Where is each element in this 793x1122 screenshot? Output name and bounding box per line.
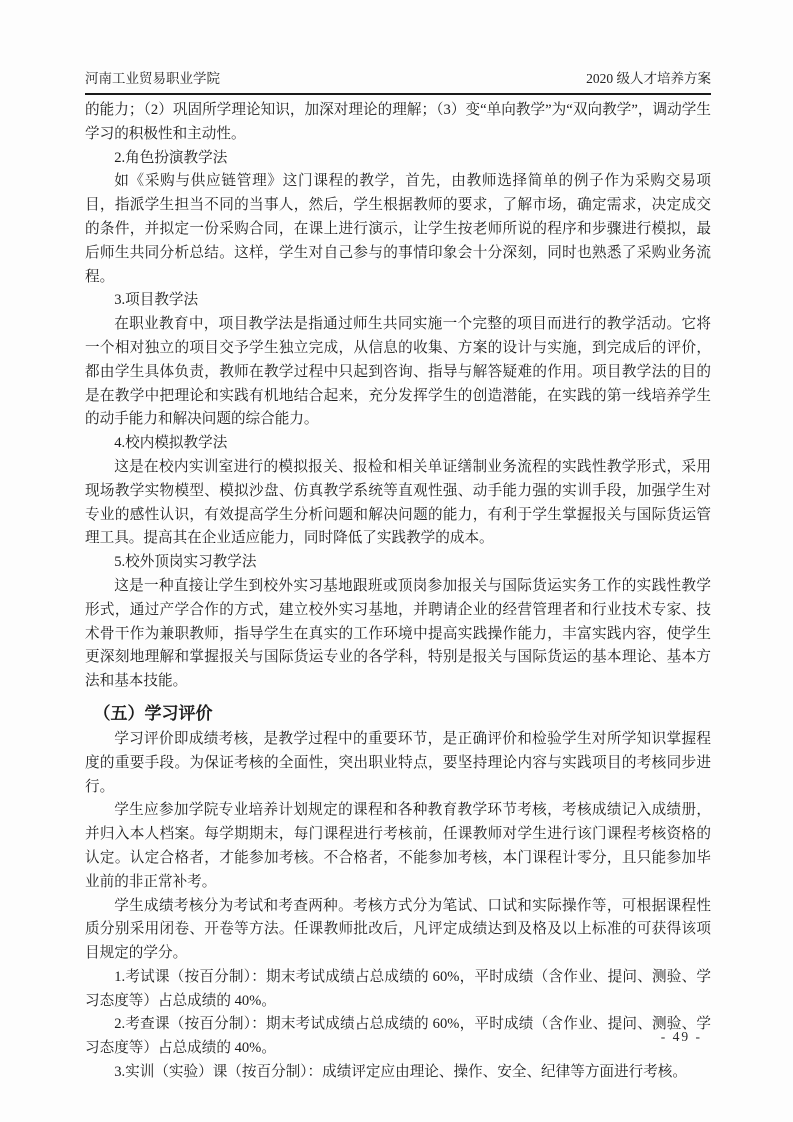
- paragraph-practical-course-grading: 3.实训（实验）课（按百分制）：成绩评定应由理论、操作、安全、纪律等方面进行考核…: [85, 1061, 711, 1085]
- header-school-name: 河南工业贸易职业学院: [85, 71, 220, 87]
- paragraph-evaluation-overview: 学习评价即成绩考核，是教学过程中的重要环节，是正确评价和检验学生对所学知识掌握程…: [85, 728, 711, 799]
- page-number: - 49 -: [661, 1029, 702, 1044]
- paragraph-evaluation-types: 学生成绩考核分为考试和考查两种。考核方式分为笔试、口试和实际操作等，可根据课程性…: [85, 895, 711, 966]
- subheading-campus-simulation-method: 4.校内模拟教学法: [85, 432, 711, 456]
- paragraph-role-play-method: 如《采购与供应链管理》这门课程的教学，首先，由教师选择简单的例子作为采购交易项目…: [85, 170, 711, 289]
- page-footer: - 49 -: [661, 1029, 702, 1045]
- page-header: 河南工业贸易职业学院 2020 级人才培养方案: [85, 71, 711, 95]
- paragraph-exam-course-grading: 1.考试课（按百分制）：期末考试成绩占总成绩的 60%，平时成绩（含作业、提问、…: [85, 966, 711, 1014]
- section-heading-learning-evaluation: （五）学习评价: [85, 701, 711, 726]
- paragraph-ability-continuation: 的能力；（2）巩固所学理论知识，加深对理论的理解；（3）变“单向教学”为“双向教…: [85, 99, 711, 147]
- paragraph-project-method: 在职业教育中，项目教学法是指通过师生共同实施一个完整的项目而进行的教学活动。它将…: [85, 313, 711, 432]
- paragraph-internship-method: 这是一种直接让学生到校外实习基地跟班或顶岗参加报关与国际货运实务工作的实践性教学…: [85, 575, 711, 694]
- document-body: 的能力；（2）巩固所学理论知识，加深对理论的理解；（3）变“单向教学”为“双向教…: [85, 99, 711, 1085]
- subheading-role-play-method: 2.角色扮演教学法: [85, 147, 711, 171]
- paragraph-evaluation-qualification: 学生应参加学院专业培养计划规定的课程和各种教育教学环节考核，考核成绩记入成绩册，…: [85, 799, 711, 894]
- paragraph-assessment-course-grading: 2.考查课（按百分制）：期末考试成绩占总成绩的 60%，平时成绩（含作业、提问、…: [85, 1013, 711, 1061]
- document-page: 河南工业贸易职业学院 2020 级人才培养方案 的能力；（2）巩固所学理论知识，…: [0, 0, 793, 1122]
- paragraph-campus-simulation-method: 这是在校内实训室进行的模拟报关、报检和相关单证缮制业务流程的实践性教学形式，采用…: [85, 456, 711, 551]
- subheading-project-method: 3.项目教学法: [85, 289, 711, 313]
- subheading-internship-method: 5.校外顶岗实习教学法: [85, 551, 711, 575]
- header-plan-title: 2020 级人才培养方案: [586, 71, 711, 87]
